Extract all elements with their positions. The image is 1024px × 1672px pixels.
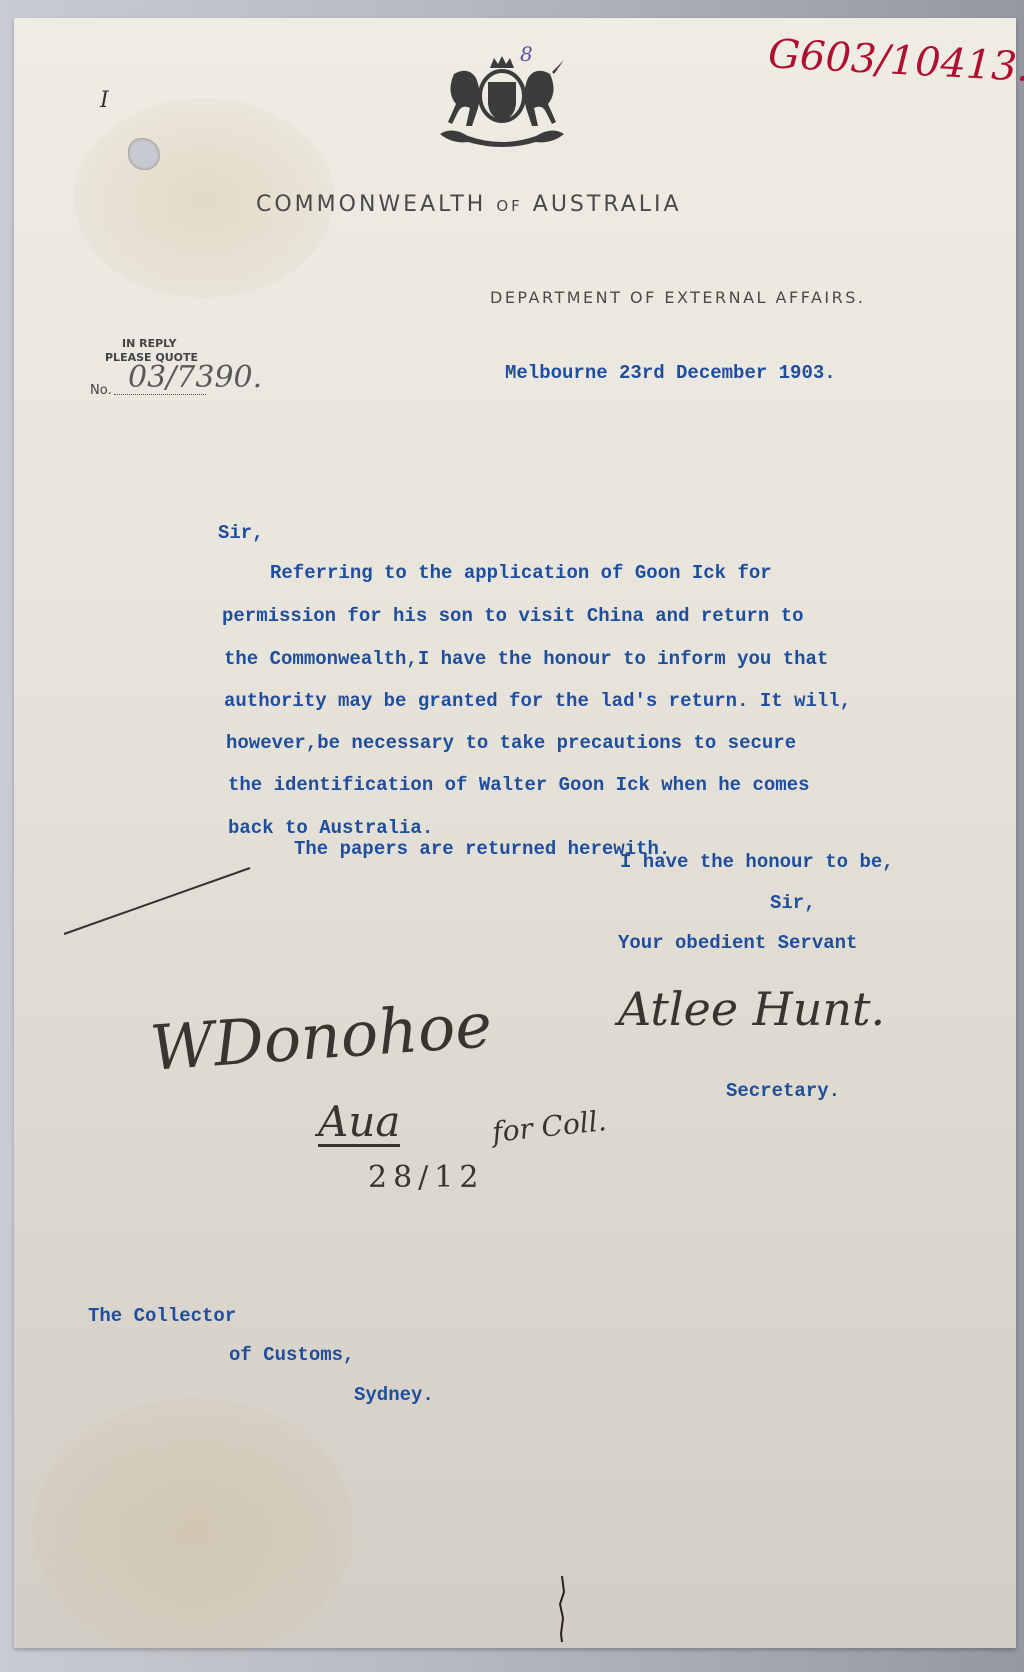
- pencil-stroke: [60, 860, 260, 940]
- body-line: permission for his son to visit China an…: [222, 605, 804, 627]
- letterhead-title: COMMONWEALTH OF AUSTRALIA: [256, 192, 682, 217]
- body-line: Referring to the application of Goon Ick…: [270, 562, 772, 584]
- crest-mark: 8: [520, 42, 533, 66]
- salutation: Sir,: [218, 522, 264, 544]
- body-line: the identification of Walter Goon Ick wh…: [228, 774, 810, 796]
- reply-label-1: IN REPLY: [122, 337, 176, 350]
- addressee-line-3: Sydney.: [354, 1384, 434, 1406]
- reply-no-value: 03/7390.: [128, 360, 262, 395]
- department-name: DEPARTMENT OF EXTERNAL AFFAIRS.: [490, 288, 865, 307]
- coat-of-arms-icon: [432, 52, 572, 152]
- reply-no-label: No.: [90, 383, 112, 398]
- date-annotation: 28/12: [368, 1160, 484, 1195]
- body-line: the Commonwealth,I have the honour to in…: [224, 648, 828, 670]
- secretary-title: Secretary.: [726, 1080, 840, 1102]
- letterhead-australia: AUSTRALIA: [533, 192, 682, 217]
- addressee-line-1: The Collector: [88, 1305, 236, 1327]
- signature-secretary: Atlee Hunt.: [618, 982, 885, 1036]
- closing-line-3: Your obedient Servant: [618, 932, 857, 954]
- body-line: The papers are returned herewith.: [294, 838, 670, 860]
- letterhead-of: OF: [496, 197, 522, 215]
- paper-tear: [556, 1574, 568, 1644]
- body-line: however,be necessary to take precautions…: [226, 732, 796, 754]
- initials-annotation: Aua: [318, 1100, 400, 1147]
- body-line: authority may be granted for the lad's r…: [224, 690, 851, 712]
- body-line: back to Australia.: [228, 817, 433, 839]
- closing-line-2: Sir,: [770, 892, 816, 914]
- date-line: Melbourne 23rd December 1903.: [505, 362, 836, 384]
- addressee-line-2: of Customs,: [229, 1344, 354, 1366]
- punch-hole: [128, 138, 160, 170]
- letterhead-commonwealth: COMMONWEALTH: [256, 192, 486, 217]
- closing-line-1: I have the honour to be,: [620, 851, 894, 873]
- letter-paper: [14, 18, 1016, 1648]
- paper-stain: [34, 1398, 354, 1658]
- corner-mark: I: [100, 88, 109, 113]
